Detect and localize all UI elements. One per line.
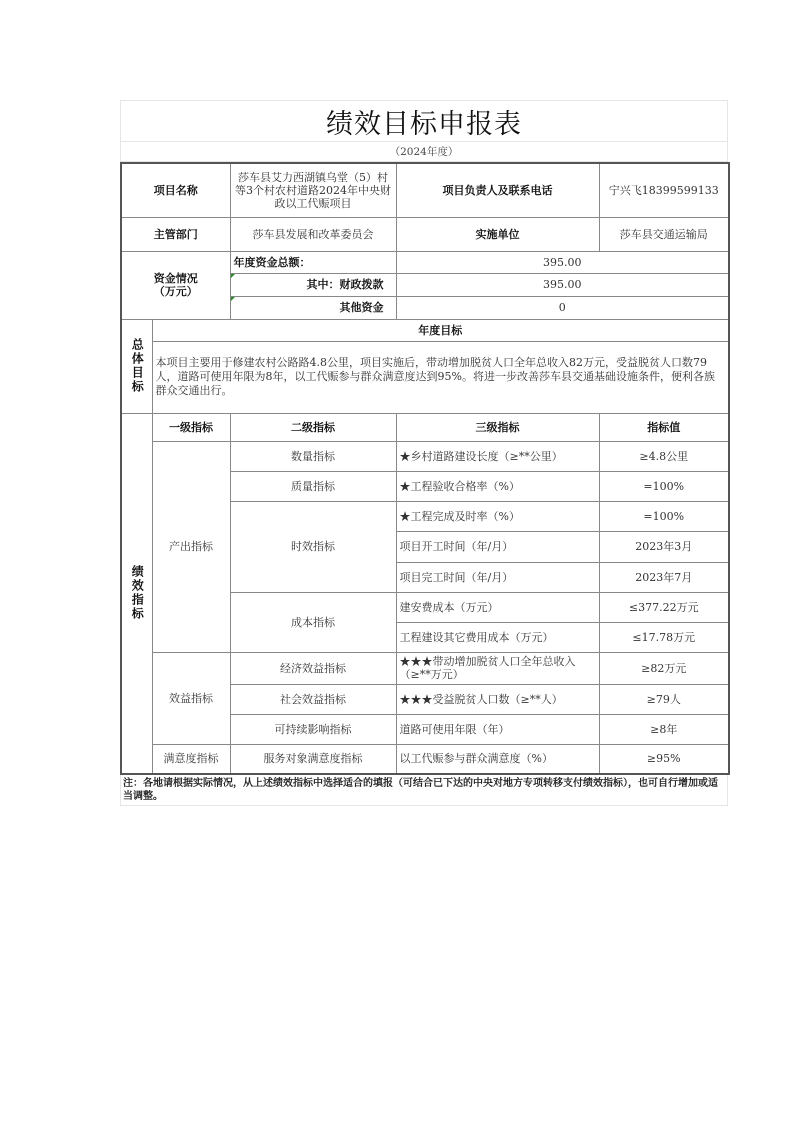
project-name-row: 项目名称 莎车县艾力西湖镇乌堂（5）村等3个村农村道路2024年中央财政以工代赈… — [121, 163, 729, 217]
level3-item: ★工程完成及时率（%） — [396, 501, 599, 531]
table-row: 产出指标 数量指标 ★乡村道路建设长度（≥**公里） ≥4.8公里 — [121, 441, 729, 471]
funds-total-row: 资金情况 （万元） 年度资金总额： 395.00 — [121, 251, 729, 273]
col-header-level1: 一级指标 — [152, 413, 230, 441]
funds-other-label: 其他资金 — [230, 296, 396, 319]
level2-quality: 质量指标 — [230, 471, 396, 501]
page-title: 绩效目标申报表 — [326, 102, 522, 141]
department-row: 主管部门 莎车县发展和改革委员会 实施单位 莎车县交通运输局 — [121, 217, 729, 251]
project-name-label: 项目名称 — [121, 163, 230, 217]
year-row: （2024年度） — [120, 141, 728, 162]
level3-item: 道路可使用年限（年） — [396, 714, 599, 744]
level2-sustainable: 可持续影响指标 — [230, 714, 396, 744]
indicator-header-row: 绩效指标 一级指标 二级指标 三级指标 指标值 — [121, 413, 729, 441]
overall-goal-header-row: 总体目标 年度目标 — [121, 319, 729, 341]
indicator-value: ≤377.22万元 — [599, 592, 729, 622]
table-row: 满意度指标 服务对象满意度指标 以工代赈参与群众满意度（%） ≥95% — [121, 744, 729, 774]
indicator-value: 2023年3月 — [599, 531, 729, 562]
level3-item: ★乡村道路建设长度（≥**公里） — [396, 441, 599, 471]
level3-item: ★工程验收合格率（%） — [396, 471, 599, 501]
indicator-value: ≤17.78万元 — [599, 622, 729, 652]
form-table: 项目名称 莎车县艾力西湖镇乌堂（5）村等3个村农村道路2024年中央财政以工代赈… — [120, 162, 730, 775]
level3-item: 工程建设其它费用成本（万元） — [396, 622, 599, 652]
level2-economic: 经济效益指标 — [230, 652, 396, 684]
funds-fiscal-value: 395.00 — [396, 273, 729, 296]
title-row: 绩效目标申报表 — [120, 100, 728, 141]
funds-fiscal-label: 其中：财政拨款 — [230, 273, 396, 296]
year-label: （2024年度） — [390, 144, 459, 159]
level3-item: ★★★带动增加脱贫人口全年总收入（≥**万元） — [396, 652, 599, 684]
overall-goal-side-label: 总体目标 — [121, 319, 152, 413]
indicators-side-text: 绩效指标 — [130, 565, 143, 621]
funds-total-value: 395.00 — [396, 251, 729, 273]
level3-item: ★★★受益脱贫人口数（≥**人） — [396, 684, 599, 714]
level3-item: 项目开工时间（年/月） — [396, 531, 599, 562]
level3-item: 以工代赈参与群众满意度（%） — [396, 744, 599, 774]
indicator-value: =100% — [599, 471, 729, 501]
annual-goal-header: 年度目标 — [152, 319, 729, 341]
level2-quantity: 数量指标 — [230, 441, 396, 471]
unit-value: 莎车县交通运输局 — [599, 217, 729, 251]
table-row: 效益指标 经济效益指标 ★★★带动增加脱贫人口全年总收入（≥**万元） ≥82万… — [121, 652, 729, 684]
indicator-value: ≥4.8公里 — [599, 441, 729, 471]
indicator-value: ≥8年 — [599, 714, 729, 744]
unit-label: 实施单位 — [396, 217, 599, 251]
contact-value: 宁兴飞18399599133 — [599, 163, 729, 217]
indicator-value: =100% — [599, 501, 729, 531]
col-header-level2: 二级指标 — [230, 413, 396, 441]
level3-item: 项目完工时间（年/月） — [396, 562, 599, 592]
funds-label: 资金情况 （万元） — [121, 251, 230, 319]
level2-cost: 成本指标 — [230, 592, 396, 652]
annual-goal-text: 本项目主要用于修建农村公路路4.8公里，项目实施后，带动增加脱贫人口全年总收入8… — [152, 341, 729, 413]
col-header-level3: 三级指标 — [396, 413, 599, 441]
funds-total-label: 年度资金总额： — [230, 251, 396, 273]
contact-label: 项目负责人及联系电话 — [396, 163, 599, 217]
indicator-value: ≥95% — [599, 744, 729, 774]
overall-goal-side-text: 总体目标 — [130, 338, 143, 394]
indicator-value: ≥82万元 — [599, 652, 729, 684]
footnote: 注：各地请根据实际情况，从上述绩效指标中选择适合的填报（可结合已下达的中央对地方… — [120, 775, 728, 806]
level1-benefit: 效益指标 — [152, 652, 230, 744]
level1-output: 产出指标 — [152, 441, 230, 652]
level2-social: 社会效益指标 — [230, 684, 396, 714]
level2-service-satisfaction: 服务对象满意度指标 — [230, 744, 396, 774]
indicator-value: 2023年7月 — [599, 562, 729, 592]
funds-label-line2: （万元） — [125, 285, 227, 298]
level3-item: 建安费成本（万元） — [396, 592, 599, 622]
performance-target-form: 绩效目标申报表 （2024年度） 项目名称 莎车县艾力西湖镇乌堂（5）村等3个村… — [120, 100, 728, 806]
funds-label-line1: 资金情况 — [125, 272, 227, 285]
dept-label: 主管部门 — [121, 217, 230, 251]
funds-other-value: 0 — [396, 296, 729, 319]
col-header-value: 指标值 — [599, 413, 729, 441]
level1-satisfaction: 满意度指标 — [152, 744, 230, 774]
dept-value: 莎车县发展和改革委员会 — [230, 217, 396, 251]
level2-timeliness: 时效指标 — [230, 501, 396, 592]
overall-goal-text-row: 本项目主要用于修建农村公路路4.8公里，项目实施后，带动增加脱贫人口全年总收入8… — [121, 341, 729, 413]
indicator-value: ≥79人 — [599, 684, 729, 714]
project-name-value: 莎车县艾力西湖镇乌堂（5）村等3个村农村道路2024年中央财政以工代赈项目 — [230, 163, 396, 217]
indicators-side-label: 绩效指标 — [121, 413, 152, 774]
